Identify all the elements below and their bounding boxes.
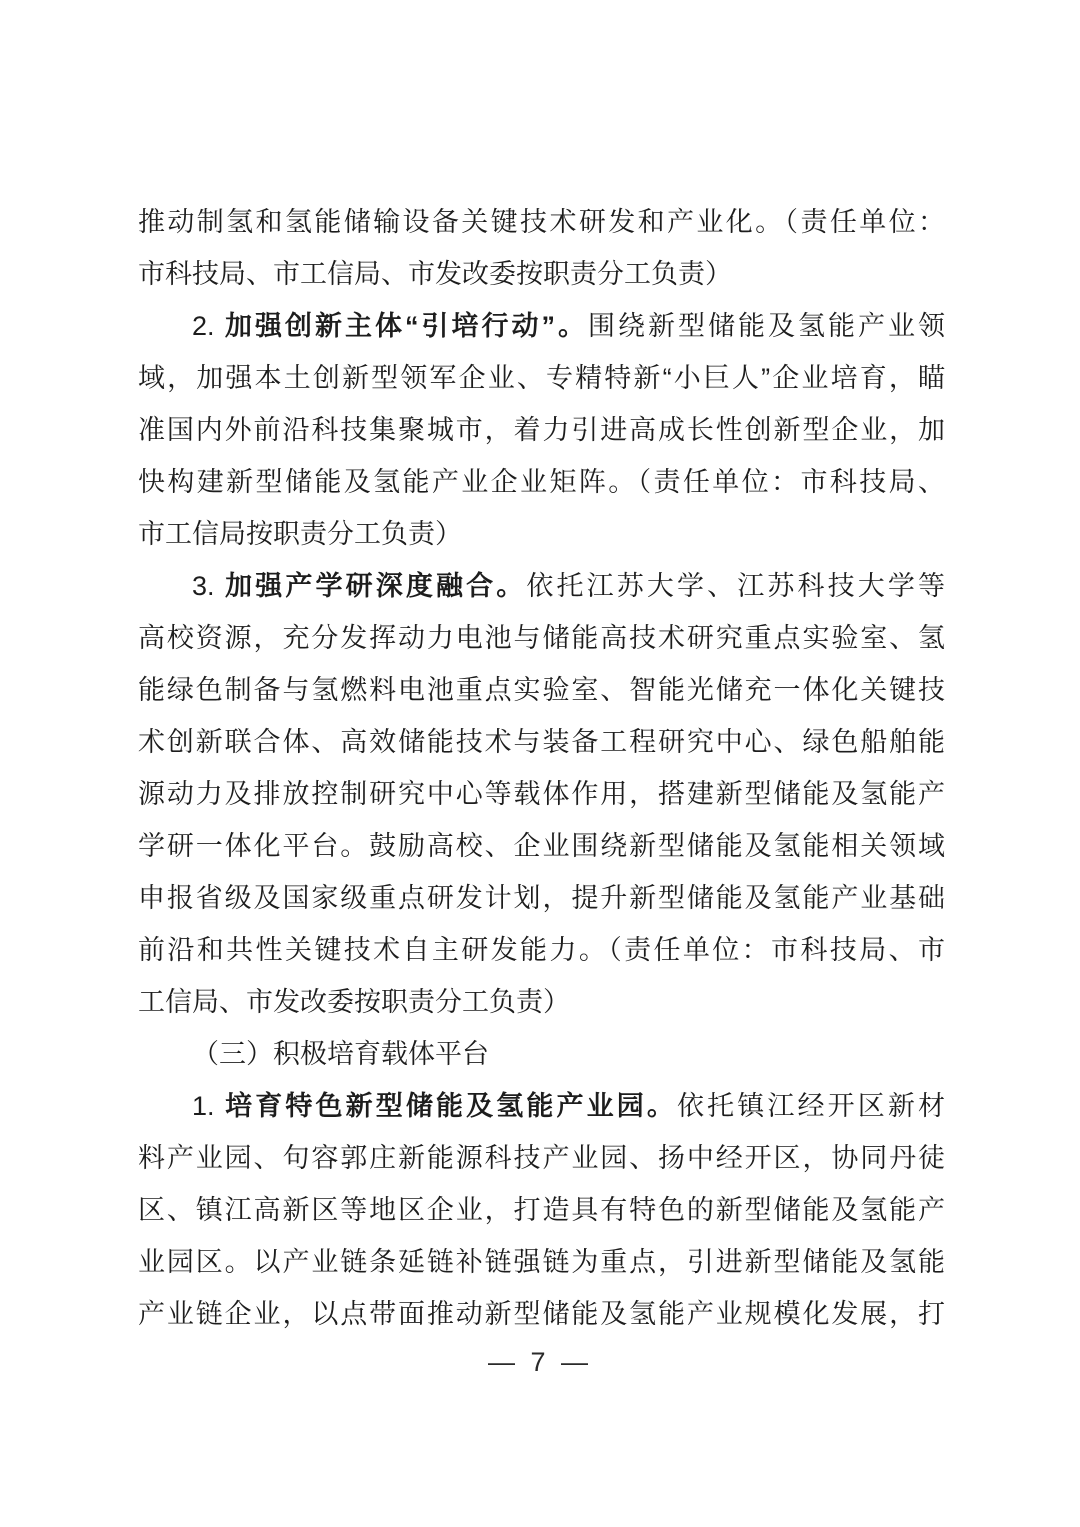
text-line: 申报省级及国家级重点研发计划，提升新型储能及氢能产业基础 [138, 872, 945, 924]
text-line: 学研一体化平台。鼓励高校、企业围绕新型储能及氢能相关领域 [138, 820, 945, 872]
text-segment: 区、镇江高新区等地区企业，打造具有特色的新型储能及氢能产 [138, 1195, 945, 1225]
text-line: 域，加强本土创新型领军企业、专精特新“小巨人”企业培育，瞄 [138, 352, 945, 404]
text-segment: （三）积极培育载体平台 [192, 1039, 489, 1069]
page-number: — 7 — [0, 1342, 1080, 1382]
text-segment: 围绕新型储能及氢能产业领 [588, 311, 945, 341]
text-segment: 准国内外前沿科技集聚城市，着力引进高成长性创新型企业，加 [138, 415, 945, 445]
text-line: 快构建新型储能及氢能产业企业矩阵。（责任单位：市科技局、 [138, 456, 945, 508]
text-line: 源动力及排放控制研究中心等载体作用，搭建新型储能及氢能产 [138, 768, 945, 820]
document-body: 推动制氢和氢能储输设备关键技术研发和产业化。（责任单位：市科技局、市工信局、市发… [138, 196, 945, 1340]
text-line: 准国内外前沿科技集聚城市，着力引进高成长性创新型企业，加 [138, 404, 945, 456]
text-line: 工信局、市发改委按职责分工负责） [138, 976, 945, 1028]
text-line: 2. 加强创新主体“引培行动”。围绕新型储能及氢能产业领 [138, 300, 945, 352]
text-segment: 工信局、市发改委按职责分工负责） [138, 987, 570, 1017]
text-line: 区、镇江高新区等地区企业，打造具有特色的新型储能及氢能产 [138, 1184, 945, 1236]
text-line: 业园区。以产业链条延链补链强链为重点，引进新型储能及氢能 [138, 1236, 945, 1288]
text-segment: 快构建新型储能及氢能产业企业矩阵。（责任单位：市科技局、 [138, 467, 945, 497]
text-segment: 3. [192, 571, 225, 601]
text-segment: 源动力及排放控制研究中心等载体作用，搭建新型储能及氢能产 [138, 779, 945, 809]
bold-text-segment: 加强产学研深度融合。 [225, 571, 526, 601]
text-line: 市工信局按职责分工负责） [138, 508, 945, 560]
text-segment: 料产业园、句容郭庄新能源科技产业园、扬中经开区，协同丹徒 [138, 1143, 945, 1173]
text-segment: 域，加强本土创新型领军企业、专精特新“小巨人”企业培育，瞄 [138, 363, 945, 393]
text-segment: 1. [192, 1091, 225, 1121]
text-segment: 前沿和共性关键技术自主研发能力。（责任单位：市科技局、市 [138, 935, 945, 965]
text-line: 高校资源，充分发挥动力电池与储能高技术研究重点实验室、氢 [138, 612, 945, 664]
text-segment: 术创新联合体、高效储能技术与装备工程研究中心、绿色船舶能 [138, 727, 945, 757]
text-segment: 市工信局按职责分工负责） [138, 519, 462, 549]
text-segment: 2. [192, 311, 225, 341]
text-segment: 依托镇江经开区新材 [677, 1091, 945, 1121]
text-line: 1. 培育特色新型储能及氢能产业园。依托镇江经开区新材 [138, 1080, 945, 1132]
text-line: 料产业园、句容郭庄新能源科技产业园、扬中经开区，协同丹徒 [138, 1132, 945, 1184]
text-segment: 能绿色制备与氢燃料电池重点实验室、智能光储充一体化关键技 [138, 675, 945, 705]
text-segment: 业园区。以产业链条延链补链强链为重点，引进新型储能及氢能 [138, 1247, 945, 1277]
text-line: 能绿色制备与氢燃料电池重点实验室、智能光储充一体化关键技 [138, 664, 945, 716]
text-segment: 申报省级及国家级重点研发计划，提升新型储能及氢能产业基础 [138, 883, 945, 913]
text-segment: 高校资源，充分发挥动力电池与储能高技术研究重点实验室、氢 [138, 623, 945, 653]
text-line: 市科技局、市工信局、市发改委按职责分工负责） [138, 248, 945, 300]
text-line: 术创新联合体、高效储能技术与装备工程研究中心、绿色船舶能 [138, 716, 945, 768]
text-line: 推动制氢和氢能储输设备关键技术研发和产业化。（责任单位： [138, 196, 945, 248]
text-line: 3. 加强产学研深度融合。依托江苏大学、江苏科技大学等 [138, 560, 945, 612]
text-segment: 市科技局、市工信局、市发改委按职责分工负责） [138, 259, 732, 289]
text-line: 前沿和共性关键技术自主研发能力。（责任单位：市科技局、市 [138, 924, 945, 976]
text-segment: 产业链企业，以点带面推动新型储能及氢能产业规模化发展，打 [138, 1299, 945, 1329]
text-segment: 依托江苏大学、江苏科技大学等 [526, 571, 945, 601]
text-line: 产业链企业，以点带面推动新型储能及氢能产业规模化发展，打 [138, 1288, 945, 1340]
bold-text-segment: 加强创新主体“引培行动”。 [225, 311, 588, 341]
bold-text-segment: 培育特色新型储能及氢能产业园。 [225, 1091, 677, 1121]
document-page: 推动制氢和氢能储输设备关键技术研发和产业化。（责任单位：市科技局、市工信局、市发… [0, 0, 1080, 1527]
text-line: （三）积极培育载体平台 [138, 1028, 945, 1080]
text-segment: 推动制氢和氢能储输设备关键技术研发和产业化。（责任单位： [138, 207, 945, 237]
text-segment: 学研一体化平台。鼓励高校、企业围绕新型储能及氢能相关领域 [138, 831, 945, 861]
